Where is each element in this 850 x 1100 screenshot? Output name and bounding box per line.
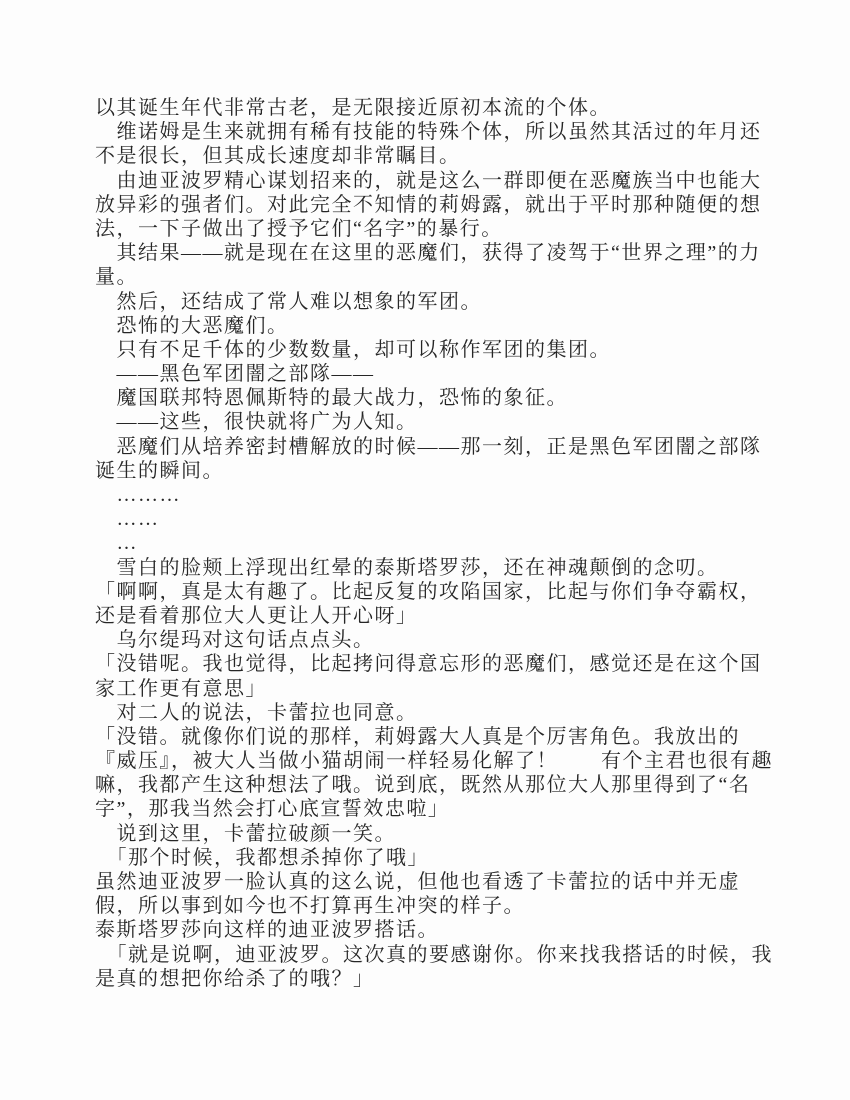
text-line: ——这些，很快就将广为人知。: [95, 410, 795, 434]
text-line: 「啊啊，真是太有趣了。比起反复的攻陷国家，比起与你们争夺霸权，: [95, 580, 795, 604]
text-line: 字”，那我当然会打心底宣誓效忠啦」: [95, 797, 795, 821]
text-line: 泰斯塔罗莎向这样的迪亚波罗搭话。: [95, 918, 795, 942]
text-line: 其结果——就是现在在这里的恶魔们，获得了凌驾于“世界之理”的力: [95, 241, 795, 265]
text-line: 是真的想把你给杀了的哦？」: [95, 967, 795, 991]
text-line: 恶魔们从培养密封槽解放的时候——那一刻，正是黑色军团闇之部隊: [95, 435, 795, 459]
text-line: 假，所以事到如今也不打算再生冲突的样子。: [95, 894, 795, 918]
text-line: 然后，还结成了常人难以想象的军团。: [95, 290, 795, 314]
text-line: ……: [95, 507, 795, 531]
text-line: ——黑色军团闇之部隊——: [95, 362, 795, 386]
text-line: 还是看着那位大人更让人开心呀」: [95, 604, 795, 628]
text-line: 虽然迪亚波罗一脸认真的这么说，但他也看透了卡蕾拉的话中并无虚: [95, 870, 795, 894]
text-line: 「没错。就像你们说的那样，莉姆露大人真是个厉害角色。我放出的: [95, 725, 795, 749]
text-line: 「就是说啊，迪亚波罗。这次真的要感谢你。你来找我搭话的时候，我: [95, 943, 795, 967]
text-line: 家工作更有意思」: [95, 677, 795, 701]
text-line: 魔国联邦特恩佩斯特的最大战力，恐怖的象征。: [95, 386, 795, 410]
text-line: 『威压』，被大人当做小猫胡闹一样轻易化解了！ 有个主君也很有趣: [95, 749, 795, 773]
text-line: 放异彩的强者们。对此完全不知情的莉姆露，就出于平时那种随便的想: [95, 193, 795, 217]
text-line: 法，一下子做出了授予它们“名字”的暴行。: [95, 217, 795, 241]
text-line: 雪白的脸颊上浮现出红晕的泰斯塔罗莎，还在神魂颠倒的念叨。: [95, 556, 795, 580]
text-line: 嘛，我都产生这种想法了哦。说到底，既然从那位大人那里得到了“名: [95, 773, 795, 797]
text-line: 量。: [95, 265, 795, 289]
text-line: 对二人的说法，卡蕾拉也同意。: [95, 701, 795, 725]
text-line: 由迪亚波罗精心谋划招来的，就是这么一群即便在恶魔族当中也能大: [95, 169, 795, 193]
text-line: 以其诞生年代非常古老，是无限接近原初本流的个体。: [95, 96, 795, 120]
text-line: 诞生的瞬间。: [95, 459, 795, 483]
novel-text-block: 以其诞生年代非常古老，是无限接近原初本流的个体。 维诺姆是生来就拥有稀有技能的特…: [95, 96, 795, 991]
text-line: 「没错呢。我也觉得，比起拷问得意忘形的恶魔们，感觉还是在这个国: [95, 652, 795, 676]
novel-page: 以其诞生年代非常古老，是无限接近原初本流的个体。 维诺姆是生来就拥有稀有技能的特…: [0, 0, 850, 1100]
text-line: ………: [95, 483, 795, 507]
text-line: …: [95, 531, 795, 555]
text-line: 「那个时候，我都想杀掉你了哦」: [95, 846, 795, 870]
text-line: 只有不足千体的少数数量，却可以称作军团的集团。: [95, 338, 795, 362]
text-line: 恐怖的大恶魔们。: [95, 314, 795, 338]
text-line: 维诺姆是生来就拥有稀有技能的特殊个体，所以虽然其活过的年月还: [95, 120, 795, 144]
text-line: 乌尔缇玛对这句话点点头。: [95, 628, 795, 652]
text-line: 不是很长，但其成长速度却非常瞩目。: [95, 144, 795, 168]
text-line: 说到这里，卡蕾拉破颜一笑。: [95, 822, 795, 846]
